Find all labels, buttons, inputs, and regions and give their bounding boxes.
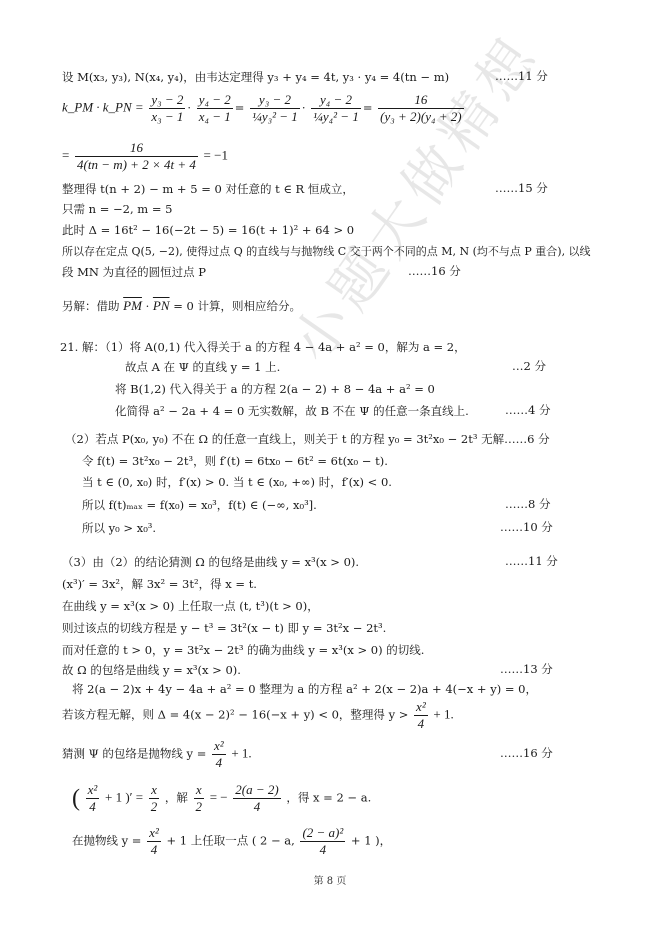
p21-part3-line6: 故 Ω 的包络是曲线 y = x³(x > 0). bbox=[62, 661, 241, 679]
simplified-line: = 164(tn − m) + 2 × 4t + 4 = −1 bbox=[62, 140, 228, 173]
slope-product-line: k_PM · k_PN = y₃ − 2x₃ − 1· y₄ − 2x₄ − 1… bbox=[62, 92, 466, 125]
score-16b: ……16 分 bbox=[500, 745, 553, 761]
fraction: x2 bbox=[149, 782, 160, 815]
p21-part1-line2: 故点 A 在 Ψ 的直线 y = 1 上. bbox=[125, 358, 280, 376]
vieta-line: 设 M(x₃, y₃), N(x₄, y₄)，由韦达定理得 y₃ + y₄ = … bbox=[62, 68, 449, 86]
slope-lhs: k_PM · k_PN = bbox=[62, 100, 144, 115]
score-4: ……4 分 bbox=[505, 402, 550, 418]
fraction: x²4 bbox=[147, 825, 161, 858]
discriminant-line: 此时 Δ = 16t² − 16(−2t − 5) = 16(t + 1)² +… bbox=[62, 221, 354, 239]
fraction: y₃ − 2x₃ − 1 bbox=[149, 92, 185, 125]
p21-part1-line3: 将 B(1,2) 代入得关于 a 的方程 2(a − 2) + 8 − 4a +… bbox=[115, 380, 435, 398]
p21-part3-line9: 猜测 Ψ 的包络是抛物线 y = x²4 + 1. bbox=[62, 738, 252, 771]
p21-part3-line8: 若该方程无解，则 Δ = 4(x − 2)² − 16(−x + y) < 0，… bbox=[62, 699, 454, 732]
score-8: ……8 分 bbox=[505, 496, 550, 512]
fraction: x²4 bbox=[86, 782, 100, 815]
p21-part3-line4: 则过该点的切线方程是 y − t³ = 3t²(x − t) 即 y = 3t²… bbox=[62, 619, 386, 637]
p21-part2-line1: （2）若点 P(x₀, y₀) 不在 Ω 的任意一直线上，则关于 t 的方程 y… bbox=[65, 430, 550, 448]
score-10: ……10 分 bbox=[500, 519, 553, 535]
p21-part2-line3: 当 t ∈ (0, x₀) 时，f′(x) > 0. 当 t ∈ (x₀, +∞… bbox=[82, 473, 392, 491]
p21-part3-line5: 而对任意的 t > 0，y = 3t²x − 2t³ 的确为曲线 y = x³(… bbox=[62, 641, 424, 659]
fraction: 2(a − 2)4 bbox=[233, 782, 280, 815]
p21-part3-line1: （3）由（2）的结论猜测 Ω 的包络是曲线 y = x³(x > 0). bbox=[62, 553, 359, 571]
p21-part2-line4: 所以 f(t)ₘₐₓ = f(x₀) = x₀³，f(t) ∈ (−∞, x₀³… bbox=[82, 496, 317, 514]
p21-part3-line11: 在抛物线 y = x²4 + 1 上任取一点 ( 2 − a, (2 − a)²… bbox=[72, 825, 391, 858]
p21-part3-line10: ( x²4 + 1 )′ = x2 ，解 x2 = − 2(a − 2)4 ，得… bbox=[72, 782, 371, 815]
p21-part3-line3: 在曲线 y = x³(x > 0) 上任取一点 (t, t³)(t > 0)， bbox=[62, 597, 319, 615]
score-13: ……13 分 bbox=[500, 661, 553, 677]
fraction: (2 − a)²4 bbox=[300, 825, 345, 858]
fraction: 164(tn − m) + 2 × 4t + 4 bbox=[75, 140, 198, 173]
p21-part2-line2: 令 f(t) = 3t²x₀ − 2t³，则 f′(t) = 6tx₀ − 6t… bbox=[82, 452, 388, 470]
score-16: ……16 分 bbox=[408, 263, 461, 279]
conclusion-line: 所以存在定点 Q(5, −2), 使得过点 Q 的直线与与抛物线 C 交于两个不… bbox=[62, 243, 591, 261]
conclusion-line-2: 段 MN 为直径的圆恒过点 P bbox=[62, 263, 206, 281]
alternative-solution: 另解：借助 PM · PN = 0 计算，则相应给分。 bbox=[62, 297, 301, 315]
values-line: 只需 n = −2, m = 5 bbox=[62, 200, 172, 218]
fraction: x²4 bbox=[212, 738, 226, 771]
fraction: y₄ − 2x₄ − 1 bbox=[197, 92, 233, 125]
p21-part3-line2: (x³)′ = 3x²，解 3x² = 3t²，得 x = t. bbox=[62, 575, 257, 593]
score-15: ……15 分 bbox=[495, 180, 548, 196]
p21-part2-line5: 所以 y₀ > x₀³. bbox=[82, 519, 156, 537]
p21-part1-line4: 化简得 a² − 2a + 4 = 0 无实数解，故 B 不在 Ψ 的任意一条直… bbox=[115, 402, 469, 420]
fraction: y₃ − 2¼y₃² − 1 bbox=[250, 92, 300, 125]
fraction: x²4 bbox=[414, 699, 428, 732]
p21-part3-line7: 将 2(a − 2)x + 4y − 4a + a² = 0 整理为 a 的方程… bbox=[72, 680, 537, 698]
score-11b: ……11 分 bbox=[505, 553, 558, 569]
rearranged-line: 整理得 t(n + 2) − m + 5 = 0 对任意的 t ∈ R 恒成立， bbox=[62, 180, 354, 198]
score-2: …2 分 bbox=[512, 358, 546, 374]
fraction: 16(y₃ + 2)(y₄ + 2) bbox=[378, 92, 463, 125]
p21-part1-line1: 21. 解：（1）将 A(0,1) 代入得关于 a 的方程 4 − 4a + a… bbox=[60, 338, 466, 356]
score-11: ……11 分 bbox=[495, 68, 548, 84]
page-number: 第 8 页 bbox=[0, 872, 660, 887]
fraction: y₄ − 2¼y₄² − 1 bbox=[311, 92, 361, 125]
fraction: x2 bbox=[194, 782, 205, 815]
